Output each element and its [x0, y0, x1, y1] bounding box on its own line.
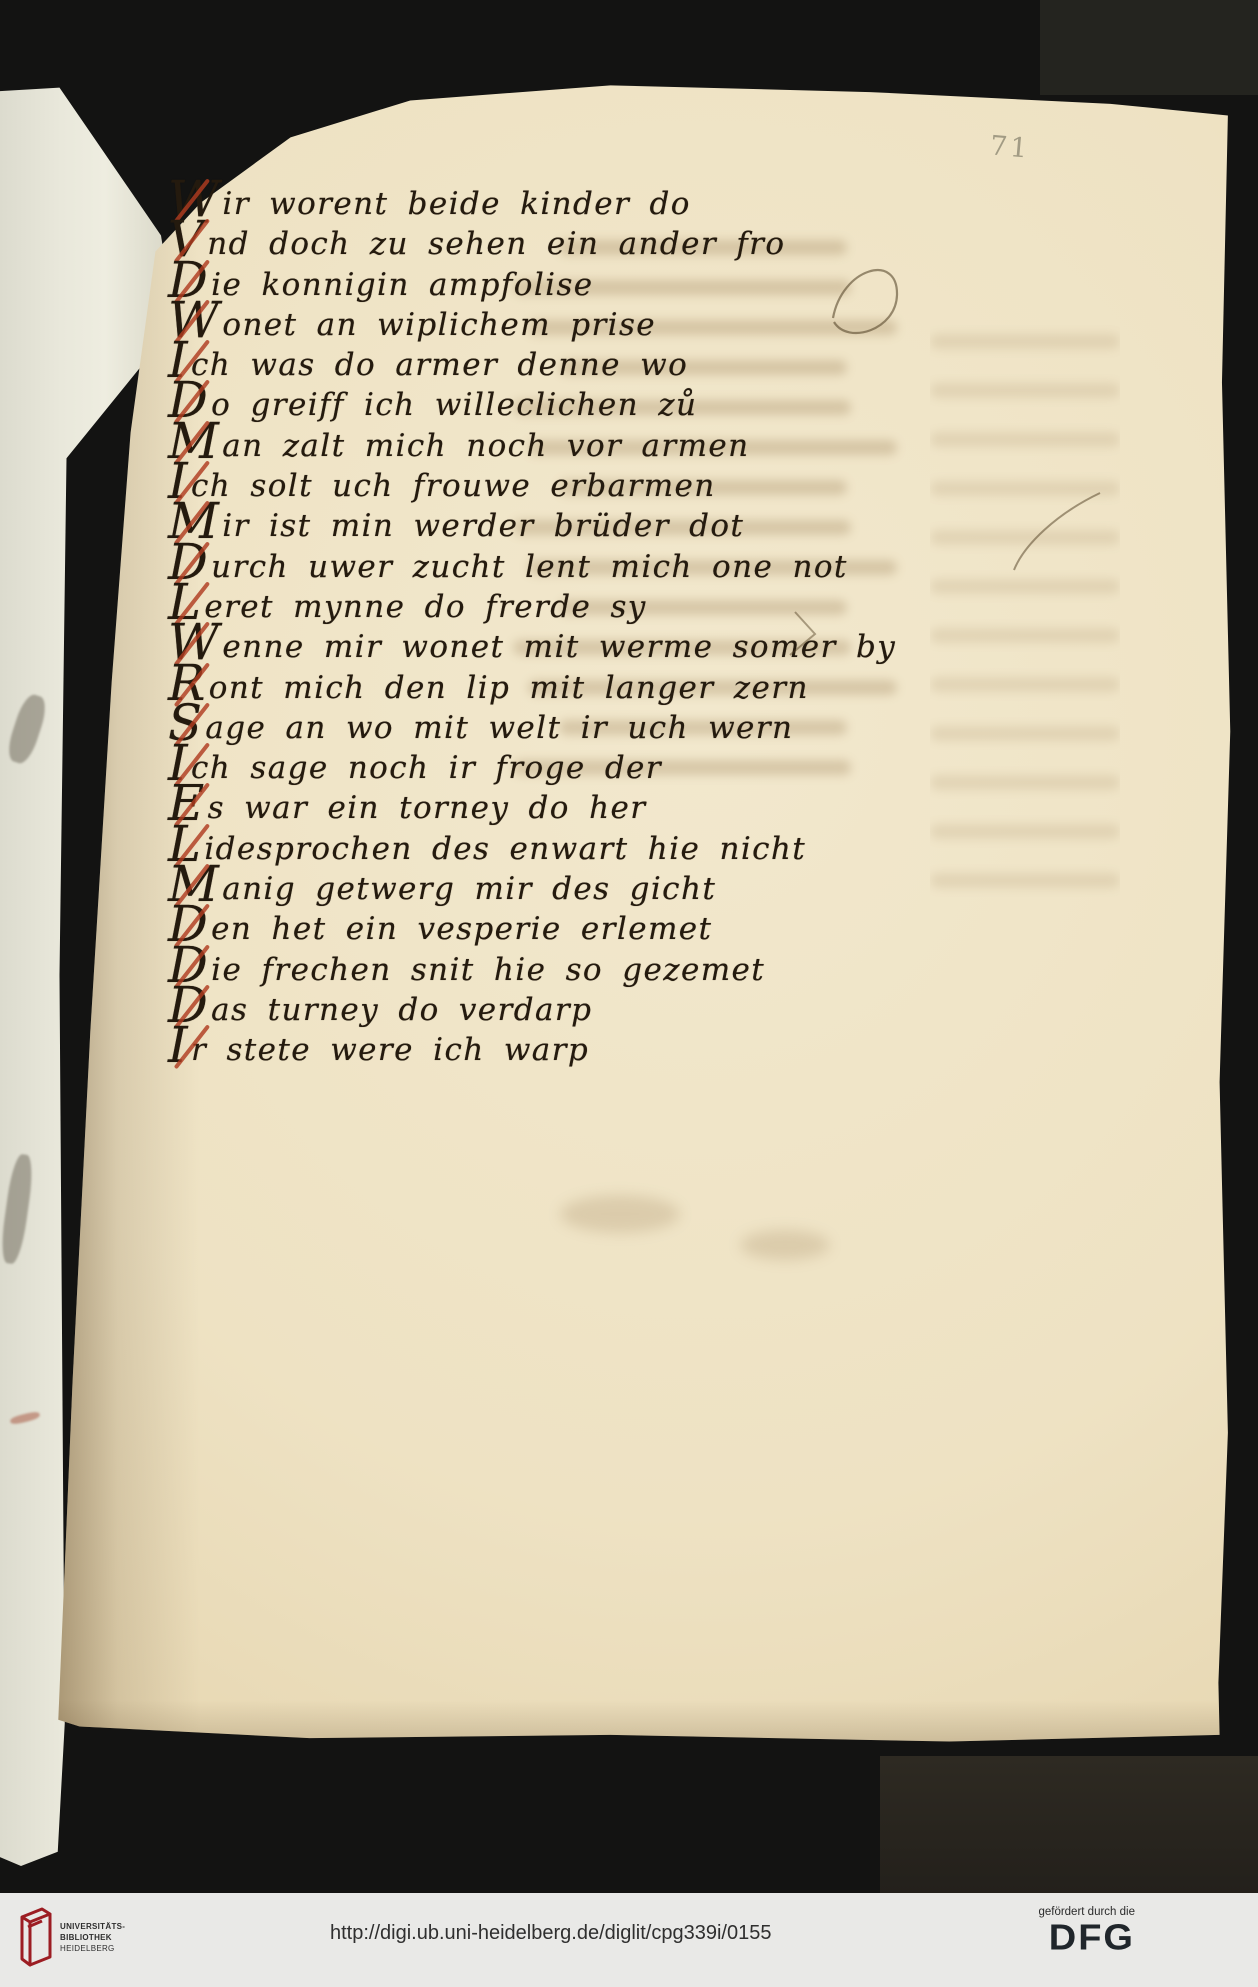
manuscript-line: Den het ein vesperie erlemet: [168, 911, 968, 951]
manuscript-line: Sage an wo mit welt ir uch wern: [168, 710, 968, 750]
line-text: ch sage noch ir froge der: [191, 750, 662, 786]
manuscript-line: Ront mich den lip mit langer zern: [168, 670, 968, 710]
line-text: as turney do verdarp: [211, 992, 592, 1028]
line-text: s war ein torney do her: [208, 790, 647, 826]
manuscript-line: Ich was do armer denne wo: [168, 347, 968, 387]
dfg-logo: DFG: [1038, 1923, 1135, 1953]
library-logo-text: UNIVERSITÄTS- BIBLIOTHEK HEIDELBERG: [60, 1921, 125, 1954]
line-text: eret mynne do frerde sy: [204, 589, 646, 625]
manuscript-line: Die konnigin ampfolise: [168, 267, 968, 307]
line-text: idesprochen des enwart hie nicht: [204, 831, 806, 867]
showthrough-red-mark: [9, 1410, 40, 1425]
line-text: ch solt uch frouwe erbarmen: [191, 468, 716, 504]
line-text: ir ist min werder brüder dot: [222, 508, 744, 544]
manuscript-line: Vnd doch zu sehen ein ander fro: [168, 226, 968, 266]
manuscript-line: Man zalt mich noch vor armen: [168, 428, 968, 468]
showthrough-mark: [0, 1153, 36, 1265]
line-text: onet an wiplichem prise: [222, 307, 656, 343]
manuscript-line: Leret mynne do frerde sy: [168, 589, 968, 629]
manuscript-line: Lidesprochen des enwart hie nicht: [168, 831, 968, 871]
library-book-icon: [12, 1905, 56, 1973]
manuscript-line: Es war ein torney do her: [168, 790, 968, 830]
manuscript-line: Ir stete were ich warp: [168, 1032, 968, 1072]
line-text: ont mich den lip mit langer zern: [209, 670, 809, 706]
line-text: ie frechen snit hie so gezemet: [211, 952, 765, 988]
ink-blot: [560, 1195, 680, 1233]
line-text: urch uwer zucht lent mich one not: [211, 549, 848, 585]
line-text: ie konnigin ampfolise: [211, 267, 593, 303]
book-cover-edge: [880, 1756, 1258, 1896]
digitized-manuscript-scan: 71 Wir worent beide kinder do Vnd doch z…: [0, 0, 1258, 1987]
background-shade-top-right: [1040, 0, 1258, 95]
poem-text-block: Wir worent beide kinder do Vnd doch zu s…: [168, 186, 968, 1073]
manuscript-line: Das turney do verdarp: [168, 992, 968, 1032]
line-text: r stete were ich warp: [191, 1032, 589, 1068]
line-text: enne mir wonet mit werme somer by: [222, 629, 896, 665]
line-text: ch was do armer denne wo: [191, 347, 688, 383]
line-text: o greiff ich willeclichen zů: [211, 387, 697, 423]
manuscript-line: Mir ist min werder brüder dot: [168, 508, 968, 548]
manuscript-line: Do greiff ich willeclichen zů: [168, 387, 968, 427]
funding-note: gefördert durch die: [1038, 1906, 1135, 1918]
library-name-line3: HEIDELBERG: [60, 1943, 125, 1954]
manuscript-line: Durch uwer zucht lent mich one not: [168, 549, 968, 589]
line-text: en het ein vesperie erlemet: [211, 911, 712, 947]
funding-credit: gefördert durch die DFG: [1038, 1906, 1135, 1954]
digitization-footer-bar: UNIVERSITÄTS- BIBLIOTHEK HEIDELBERG http…: [0, 1893, 1258, 1987]
line-text: nd doch zu sehen ein ander fro: [207, 226, 785, 262]
manuscript-line: Wir worent beide kinder do: [168, 186, 968, 226]
line-text: an zalt mich noch vor armen: [222, 428, 749, 464]
manuscript-line: Wonet an wiplichem prise: [168, 307, 968, 347]
line-text: ir worent beide kinder do: [222, 186, 690, 222]
ink-blot: [740, 1230, 830, 1260]
manuscript-line: Wenne mir wonet mit werme somer by: [168, 629, 968, 669]
folio-number: 71: [989, 130, 1032, 164]
manuscript-line: Ich solt uch frouwe erbarmen: [168, 468, 968, 508]
line-text: age an wo mit welt ir uch wern: [205, 710, 793, 746]
line-text: anig getwerg mir des gicht: [222, 871, 716, 907]
showthrough-mark: [4, 692, 50, 767]
library-name-line2: BIBLIOTHEK: [60, 1932, 125, 1943]
scan-source-url: http://digi.ub.uni-heidelberg.de/diglit/…: [330, 1922, 771, 1945]
manuscript-line: Ich sage noch ir froge der: [168, 750, 968, 790]
library-name-line1: UNIVERSITÄTS-: [60, 1921, 125, 1932]
manuscript-line: Die frechen snit hie so gezemet: [168, 952, 968, 992]
library-logo: UNIVERSITÄTS- BIBLIOTHEK HEIDELBERG: [12, 1903, 242, 1977]
manuscript-line: Manig getwerg mir des gicht: [168, 871, 968, 911]
